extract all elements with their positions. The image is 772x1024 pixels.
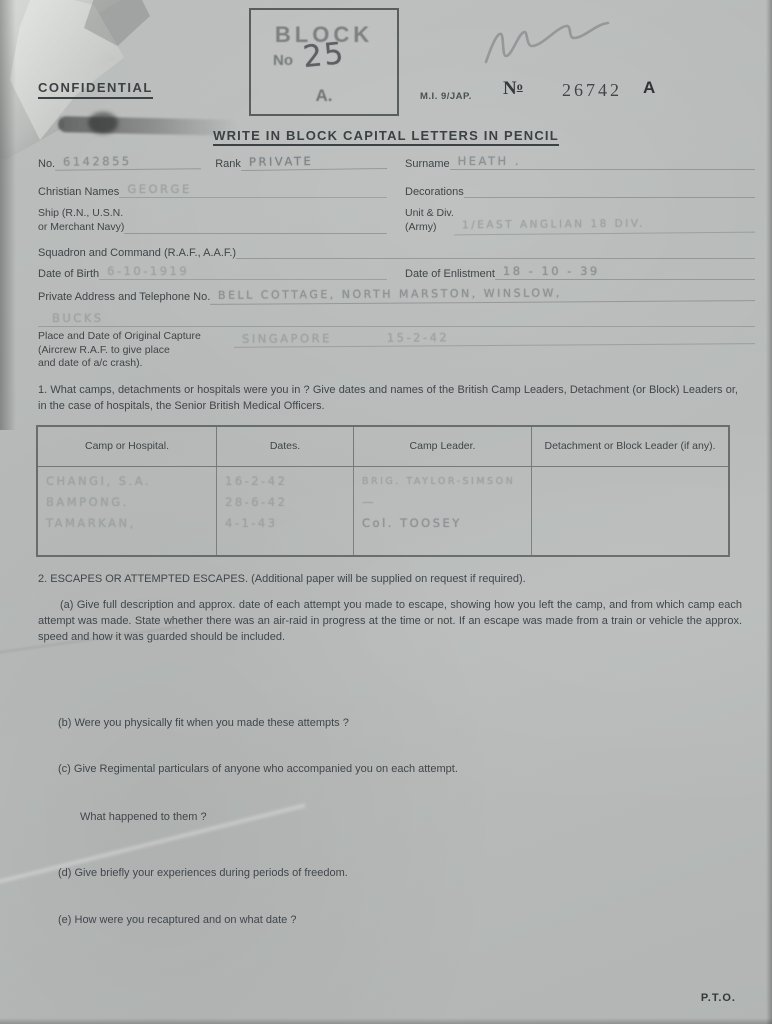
bottom-edge-shadow (0, 1018, 772, 1024)
no-value: 6142855 (55, 153, 201, 171)
question-2d: (d) Give briefly your experiences during… (58, 866, 718, 882)
table-row-dates: 28-6-42 (225, 492, 345, 513)
capture-place-value: SINGAPORE (242, 331, 332, 346)
squadron-value (236, 243, 755, 259)
left-edge-shadow (0, 0, 16, 430)
capture-label-line2: (Aircrew R.A.F. to give place (38, 344, 234, 358)
dob-label: Date of Birth (38, 268, 99, 280)
table-col-leaders: BRIG. TAYLOR-SIMSON — Col. TOOSEY (354, 467, 532, 555)
serial-no-o: o (517, 79, 523, 93)
christian-names-label: Christian Names (38, 186, 119, 198)
pto-marker: P.T.O. (701, 992, 736, 1004)
instruction-heading: WRITE IN BLOCK CAPITAL LETTERS IN PENCIL (213, 128, 559, 146)
row-address: Private Address and Telephone No. BELL C… (38, 287, 755, 303)
table-row-block (540, 513, 720, 534)
address-label: Private Address and Telephone No. (38, 291, 210, 303)
table-row-leader: Col. TOOSEY (362, 513, 523, 534)
section-2-title: 2. ESCAPES OR ATTEMPTED ESCAPES. (Additi… (38, 572, 738, 588)
rank-label: Rank (215, 158, 241, 170)
table-row-block (540, 471, 720, 492)
serial-no-n: N (503, 78, 517, 99)
table-row-leader: BRIG. TAYLOR-SIMSON (362, 471, 523, 492)
christian-names-value: GEORGE (119, 182, 387, 198)
mi9-ref-label: M.I. 9/JAP. (420, 91, 472, 102)
row-names-decorations: Christian Names GEORGE Decorations (38, 182, 755, 198)
capture-label-line1: Place and Date of Original Capture (38, 330, 234, 344)
row-squadron: Squadron and Command (R.A.F., A.A.F.) (38, 243, 755, 259)
ship-label-line1: Ship (R.N., U.S.N. (38, 207, 124, 221)
capture-values: SINGAPORE 15-2-42 (234, 328, 755, 348)
ship-label: Ship (R.N., U.S.N. or Merchant Navy) (38, 207, 124, 234)
row-dob-enlistment: Date of Birth 6-10-1919 Date of Enlistme… (38, 264, 755, 280)
unit-label: Unit & Div. (Army) (405, 207, 454, 234)
table-row-camp: CHANGI, S.A. (46, 471, 208, 492)
serial-number: 26742 (562, 80, 622, 101)
ship-label-line2: or Merchant Navy) (38, 221, 124, 235)
table-col-block-leaders (532, 467, 728, 555)
question-2b: (b) Were you physically fit when you mad… (58, 716, 718, 732)
right-edge-shadow (766, 0, 772, 1024)
capture-label: Place and Date of Original Capture (Airc… (38, 330, 234, 371)
table-row-dates: 16-2-42 (225, 471, 345, 492)
address-value: BELL COTTAGE, NORTH MARSTON, WINSLOW, (210, 285, 755, 305)
table-row-dates: 4-1-43 (225, 513, 345, 534)
stamp-no-prefix: No (273, 52, 293, 69)
stamp-handwritten-number: 25 (301, 36, 347, 75)
table-header-camp: Camp or Hospital. (38, 427, 217, 467)
surname-label: Surname (405, 158, 450, 170)
row-ship-unit: Ship (R.N., U.S.N. or Merchant Navy) Uni… (38, 207, 755, 234)
scanned-pow-form-page: { "colors": { "paper": "#b8bbba", "ink":… (0, 0, 772, 1024)
table-header-block-leader: Detachment or Block Leader (if any). (532, 427, 728, 467)
question-2c: (c) Give Regimental particulars of anyon… (58, 762, 718, 778)
rank-value: PRIVATE (241, 153, 387, 171)
unit-label-line2: (Army) (405, 221, 454, 235)
unit-label-line1: Unit & Div. (405, 207, 454, 221)
table-row-block (540, 492, 720, 513)
capture-date-value: 15-2-42 (387, 330, 449, 344)
question-2a: (a) Give full description and approx. da… (38, 598, 742, 646)
row-no-rank-surname: No. 6142855 Rank PRIVATE Surname HEATH . (38, 154, 755, 170)
table-header-dates: Dates. (217, 427, 354, 467)
series-letter: A (643, 78, 655, 98)
enlistment-value: 18 - 10 - 39 (495, 264, 755, 280)
enlistment-label: Date of Enlistment (405, 268, 495, 280)
decorations-label: Decorations (405, 186, 464, 198)
serial-no-symbol: No (503, 78, 523, 100)
surname-value: HEATH . (450, 154, 755, 170)
row-address-line2: BUCKS (38, 311, 755, 327)
instruction-heading-wrap: WRITE IN BLOCK CAPITAL LETTERS IN PENCIL (0, 127, 772, 145)
question-2e: (e) How were you recaptured and on what … (58, 913, 718, 929)
table-col-camps: CHANGI, S.A. BAMPONG. TAMARKAN, (38, 467, 217, 555)
table-row-leader: — (362, 492, 523, 513)
table-row-camp: TAMARKAN, (46, 513, 208, 534)
address-value-line2: BUCKS (38, 311, 755, 327)
pencil-scribble (468, 16, 648, 76)
capture-label-line3: and date of a/c crash). (38, 357, 234, 371)
table-header-leader: Camp Leader. (354, 427, 532, 467)
squadron-label: Squadron and Command (R.A.F., A.A.F.) (38, 247, 236, 259)
no-label: No. (38, 158, 55, 170)
row-capture: Place and Date of Original Capture (Airc… (38, 330, 755, 371)
table-col-dates: 16-2-42 28-6-42 4-1-43 (217, 467, 354, 555)
crumple-highlight (10, 0, 130, 140)
unit-value: 1/EAST ANGLIAN 18 DIV. (454, 217, 755, 236)
confidential-marking: CONFIDENTIAL (38, 80, 153, 99)
table-row-camp: BAMPONG. (46, 492, 208, 513)
dob-value: 6-10-1919 (99, 264, 387, 280)
stamp-series-letter: A. (251, 86, 397, 106)
form-reference: M.I. 9/JAP. (420, 86, 472, 104)
question-1: 1. What camps, detachments or hospitals … (38, 383, 738, 415)
block-number-stamp: BLOCK No 25 A. (249, 8, 399, 116)
decorations-value (464, 182, 755, 198)
question-2c-followup: What happened to them ? (80, 810, 700, 826)
ship-value (124, 218, 387, 234)
camps-table: Camp or Hospital. Dates. Camp Leader. De… (36, 425, 730, 557)
